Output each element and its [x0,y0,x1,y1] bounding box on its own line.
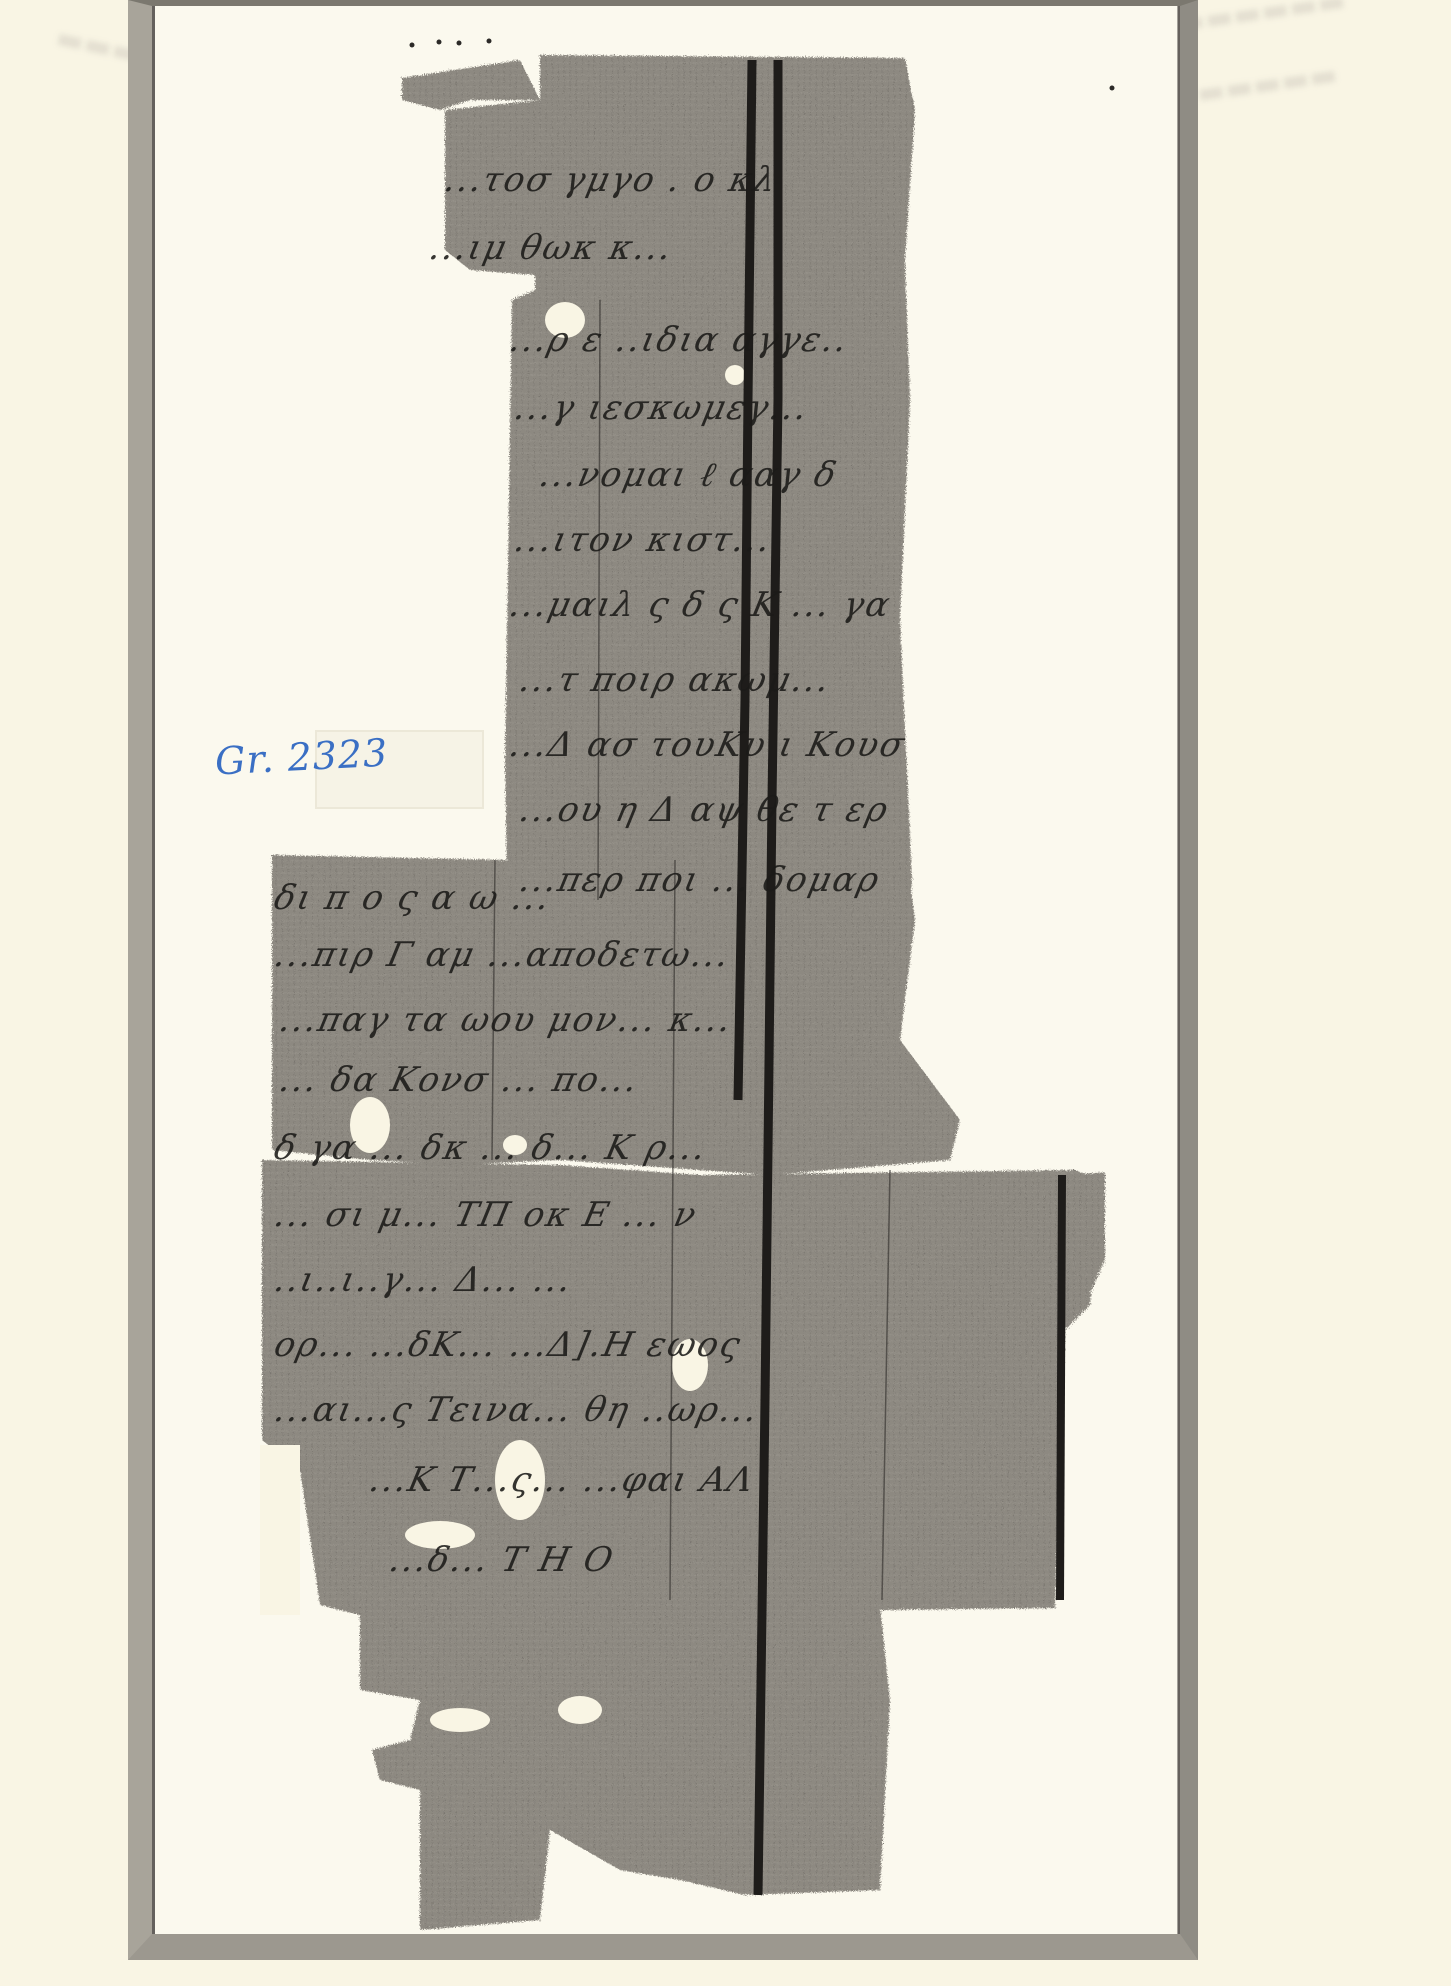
handwriting-line: ...τοσ γμγο . ο κλ [441,160,782,200]
archival-photograph: ▬▬▬ ▬▬▬▬ ▬▬▬ ▬▬ ▬▬▬▬▬▬▬ ▬▬▬ ▬▬▬▬▬ [0,0,1451,1986]
handwriting-line: ...περ ποι ... δομαρ [516,860,884,900]
inventory-label: Gr. 2323 [214,730,389,783]
handwriting-line: ...ρ ε ..ιδια αγγε.. [506,320,853,360]
handwriting-line: ...νομαι ℓ ααγ δ [536,455,842,495]
handwriting-line: ...αι...ς Τεινα... θη ..ωρ... [271,1390,763,1430]
handwriting-line: ... δα Κονσ ... πο... [276,1060,643,1100]
handwriting-line: ...Κ Τ...ς... ...φαι ΑΛ [366,1460,759,1500]
handwriting-line: ...γ ιεσκωμεγ... [511,388,813,428]
handwriting-line: δ γα ... δκ ... δ... Κ ρ... [271,1128,711,1168]
handwriting-line: ...τ ποιρ ακωμ... [516,660,835,700]
handwriting-line: ...δ... Τ Η Ο [386,1540,618,1580]
handwriting-line: ...πιρ Γ αμ ...αποδετω... [271,935,735,975]
handwriting-line: δι π ο ς α ω ... [271,878,555,918]
handwriting-line: ...ιτον κιστ... [511,520,776,560]
handwriting-line: ...παγ τα ωου μον... κ... [276,1000,737,1040]
handwriting-line: ...Δ ασ τουΚυ ι Κουσ [506,725,910,765]
papyrus-fragment [0,0,1451,1986]
handwriting-line: ορ... ...δΚ... ...Δ].Η εωος [271,1325,746,1365]
handwriting-line: ...ου η Δ αψ θε τ ερ [516,790,893,830]
papyrus-right-fragment [1070,1172,1105,1305]
papyrus-bottom-piece [360,1600,890,1930]
handwriting-line: ...μαιλ ς δ ς Κ ... γα [506,585,895,625]
handwriting-line: ..ι..ι..γ... Δ... ... [271,1260,577,1300]
handwriting-line: ... σι μ... ΤΠ οκ Ε ... ν [271,1195,702,1235]
handwriting-line: ...ιμ θωκ κ... [426,228,677,268]
